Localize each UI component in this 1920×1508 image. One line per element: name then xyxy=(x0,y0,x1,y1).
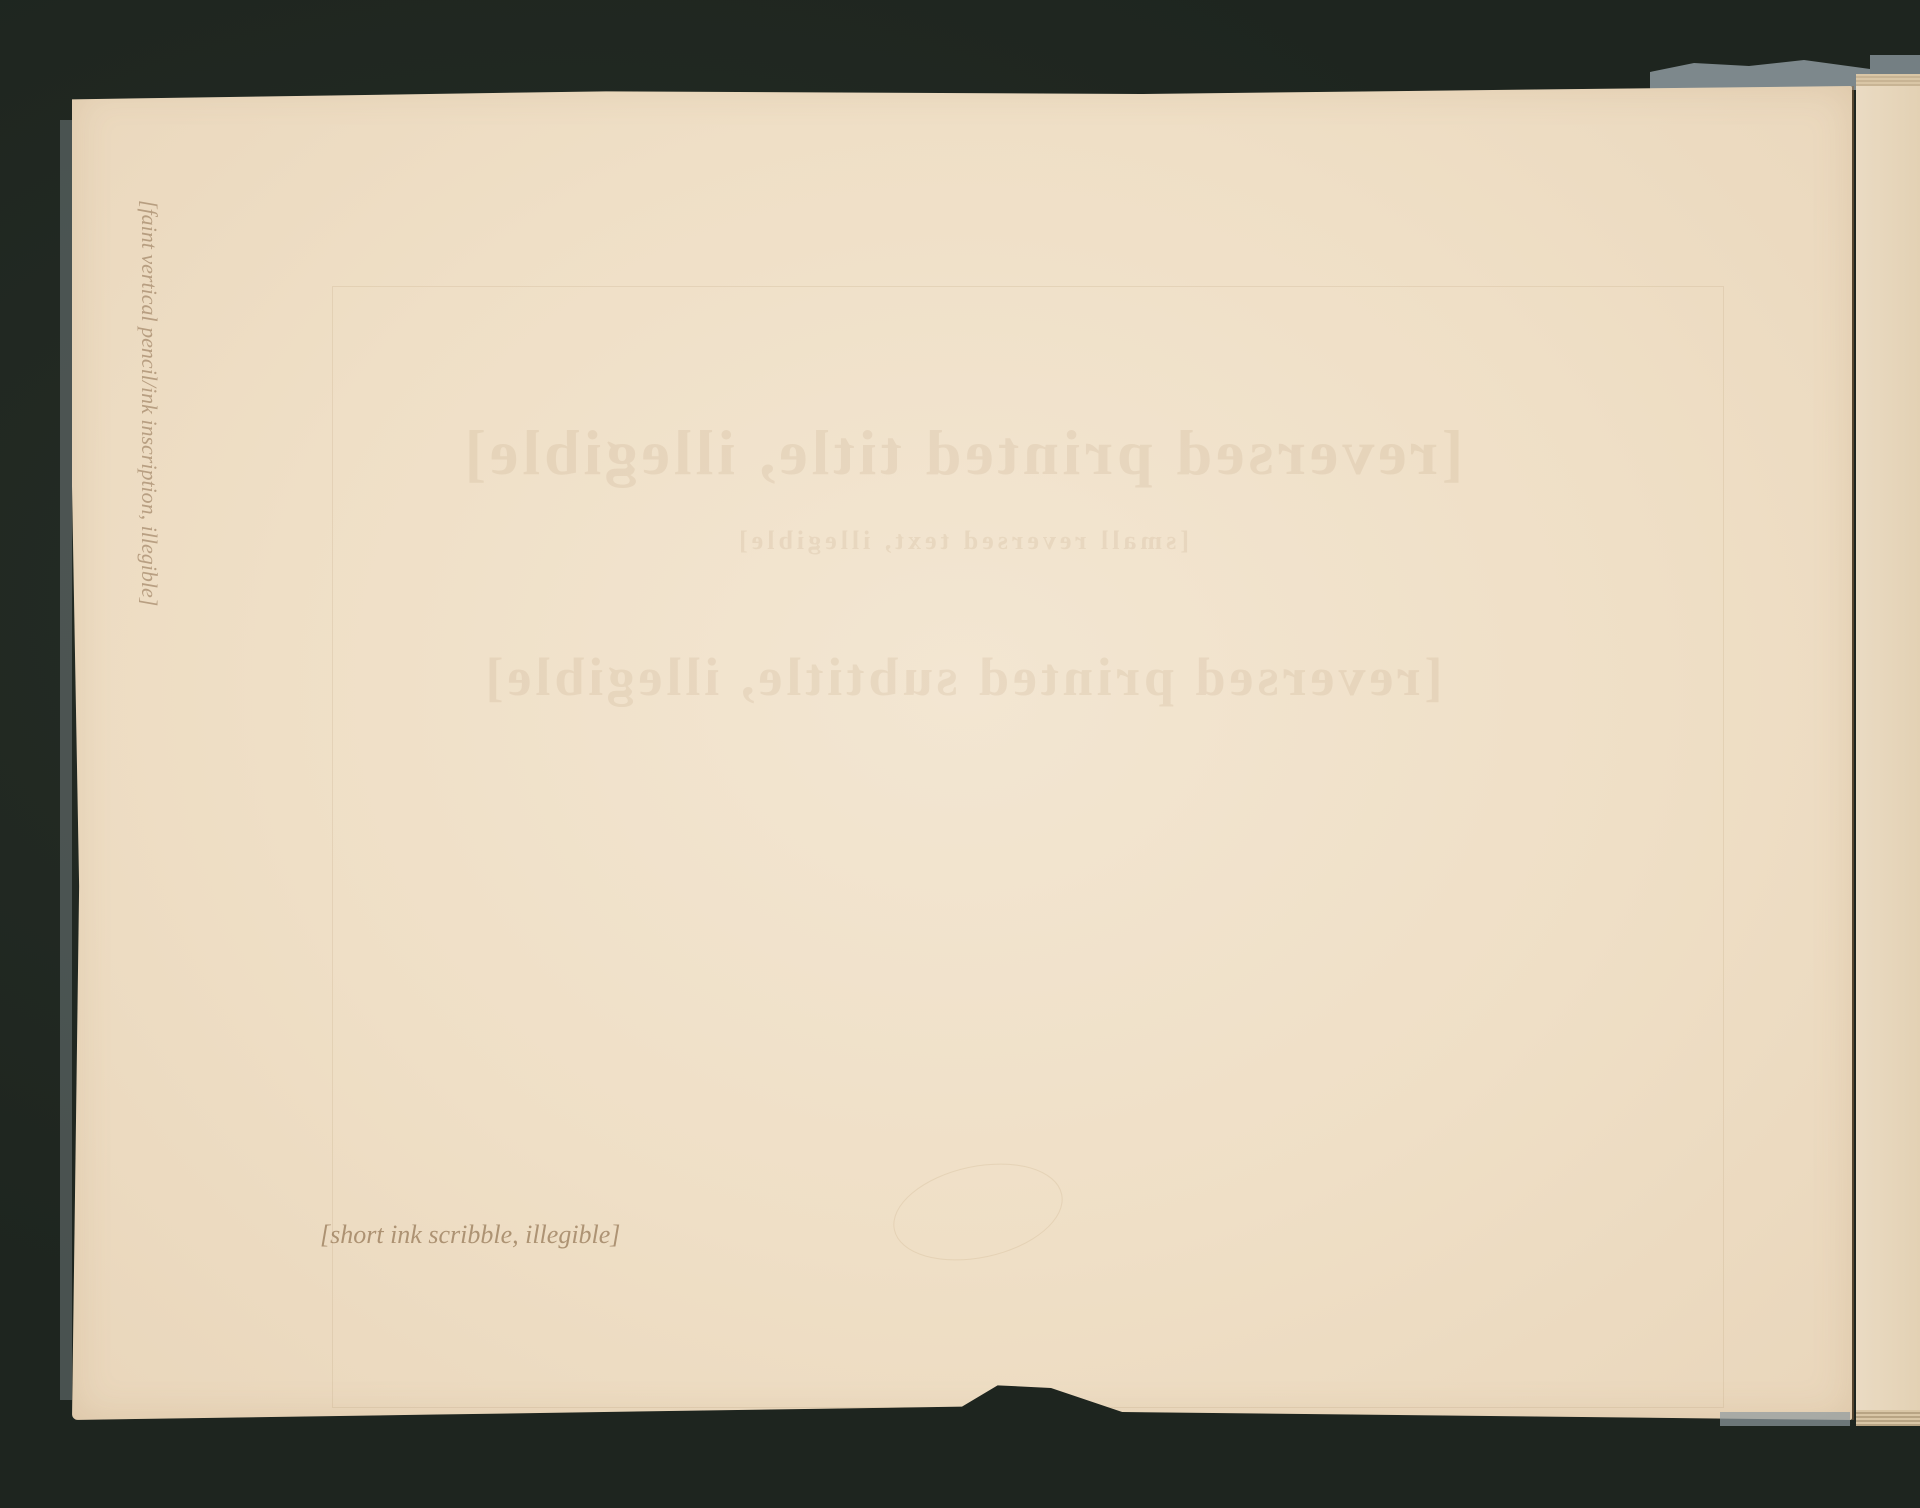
bleed-through-title: [reversed printed title, illegible] xyxy=(72,416,1852,490)
adjacent-leaf xyxy=(1856,84,1920,1424)
bleed-through-subtitle: [reversed printed subtitle, illegible] xyxy=(72,646,1852,708)
spine-fold xyxy=(1852,86,1854,1420)
page-stack-bottom xyxy=(1856,1410,1920,1426)
bottom-scribble: [short ink scribble, illegible] xyxy=(320,1220,620,1250)
page-stack-top xyxy=(1856,74,1920,86)
bleed-through-middle: [small reversed text, illegible] xyxy=(72,526,1852,556)
margin-inscription: [faint vertical pencil/ink inscription, … xyxy=(122,200,162,760)
hinge-tape-bottom xyxy=(1720,1412,1850,1426)
hinge-tape-left xyxy=(60,120,72,1400)
